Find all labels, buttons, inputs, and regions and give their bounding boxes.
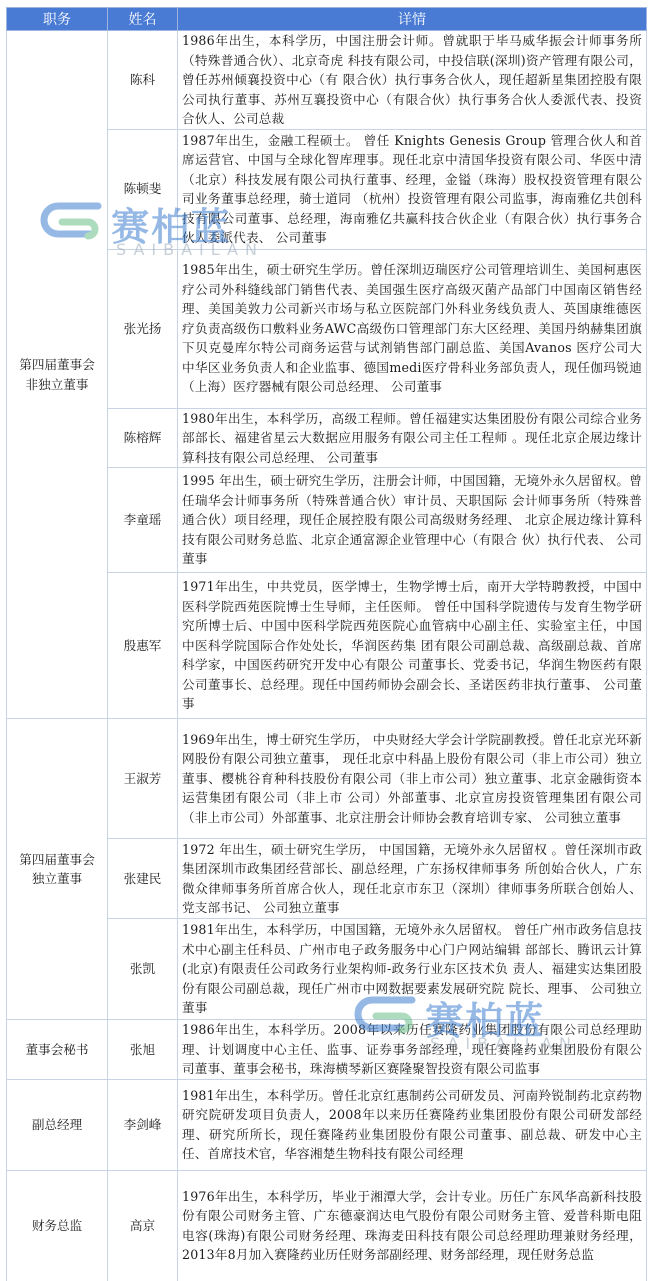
table-row: 第四届董事会 独立董事 王淑芳 1969年出生，博士研究生学历， 中央财经大学会…: [7, 719, 647, 839]
detail-cell: 1971年出生，中共党员，医学博士，生物学博士后，南开大学特聘教授，中国中医科学…: [178, 573, 647, 719]
name-cell: 张光扬: [108, 249, 178, 408]
header-detail: 详情: [178, 8, 647, 31]
detail-cell: 1972 年出生，硕士研究生学历， 中国国籍，无境外永久居留权 。曾任深圳市政集…: [178, 839, 647, 919]
table-row: 财务总监 高京 1976年出生，本科学历，毕业于湘潭大学，会计专业。历任广东风华…: [7, 1170, 647, 1281]
table-header-row: 职务 姓名 详情: [7, 8, 647, 31]
header-name: 姓名: [108, 8, 178, 31]
name-cell: 张凯: [108, 919, 178, 1020]
role-cell: 副总经理: [7, 1079, 108, 1170]
header-role: 职务: [7, 8, 108, 31]
name-cell: 陈榕辉: [108, 408, 178, 468]
detail-cell: 1980年出生，本科学历，高级工程师。曾任福建实达集团股份有限公司综合业务部部长…: [178, 408, 647, 468]
detail-cell: 1985年出生，硕士研究生学历。曾任深圳迈瑞医疗公司管理培训生、美国柯惠医疗公司…: [178, 249, 647, 408]
detail-cell: 1995 年出生，硕士研究生学历，注册会计师，中国国籍，无境外永久居留权。曾任瑞…: [178, 468, 647, 573]
role-cell: 第四届董事会 独立董事: [7, 719, 108, 1020]
name-cell: 王淑芳: [108, 719, 178, 839]
name-cell: 陈科: [108, 31, 178, 130]
role-cell: 董事会秘书: [7, 1020, 108, 1080]
detail-cell: 1986年出生，本科学历，中国注册会计师。曾就职于毕马威华振会计师事务所（特殊普…: [178, 31, 647, 130]
detail-cell: 1969年出生，博士研究生学历， 中央财经大学会计学院副教授。曾任北京光环新网股…: [178, 719, 647, 839]
role-cell: 财务总监: [7, 1170, 108, 1281]
name-cell: 殷惠军: [108, 573, 178, 719]
name-cell: 张建民: [108, 839, 178, 919]
detail-cell: 1976年出生，本科学历，毕业于湘潭大学，会计专业。历任广东风华高新科技股份有限…: [178, 1170, 647, 1281]
detail-cell: 1987年出生，金融工程硕士。 曾任 Knights Genesis Group…: [178, 129, 647, 249]
name-cell: 李剑峰: [108, 1079, 178, 1170]
detail-cell: 1981年出生，本科学历。曾任北京红惠制药公司研发员、河南羚锐制药北京药物研究院…: [178, 1079, 647, 1170]
name-cell: 李童瑶: [108, 468, 178, 573]
table-row: 副总经理 李剑峰 1981年出生，本科学历。曾任北京红惠制药公司研发员、河南羚锐…: [7, 1079, 647, 1170]
role-cell: 第四届董事会 非独立董事: [7, 31, 108, 719]
detail-cell: 1986年出生，本科学历。2008年以来历任赛隆药业集团股份有限公司总经理助理、…: [178, 1020, 647, 1080]
detail-cell: 1981年出生，本科学历，中国国籍，无境外永久居留权。 曾任广州市政务信息技术中…: [178, 919, 647, 1020]
name-cell: 张旭: [108, 1020, 178, 1080]
table-row: 董事会秘书 张旭 1986年出生，本科学历。2008年以来历任赛隆药业集团股份有…: [7, 1020, 647, 1080]
table-row: 第四届董事会 非独立董事 陈科 1986年出生，本科学历，中国注册会计师。曾就职…: [7, 31, 647, 130]
name-cell: 陈顿斐: [108, 129, 178, 249]
management-table: 职务 姓名 详情 第四届董事会 非独立董事 陈科 1986年出生，本科学历，中国…: [6, 7, 647, 1281]
name-cell: 高京: [108, 1170, 178, 1281]
